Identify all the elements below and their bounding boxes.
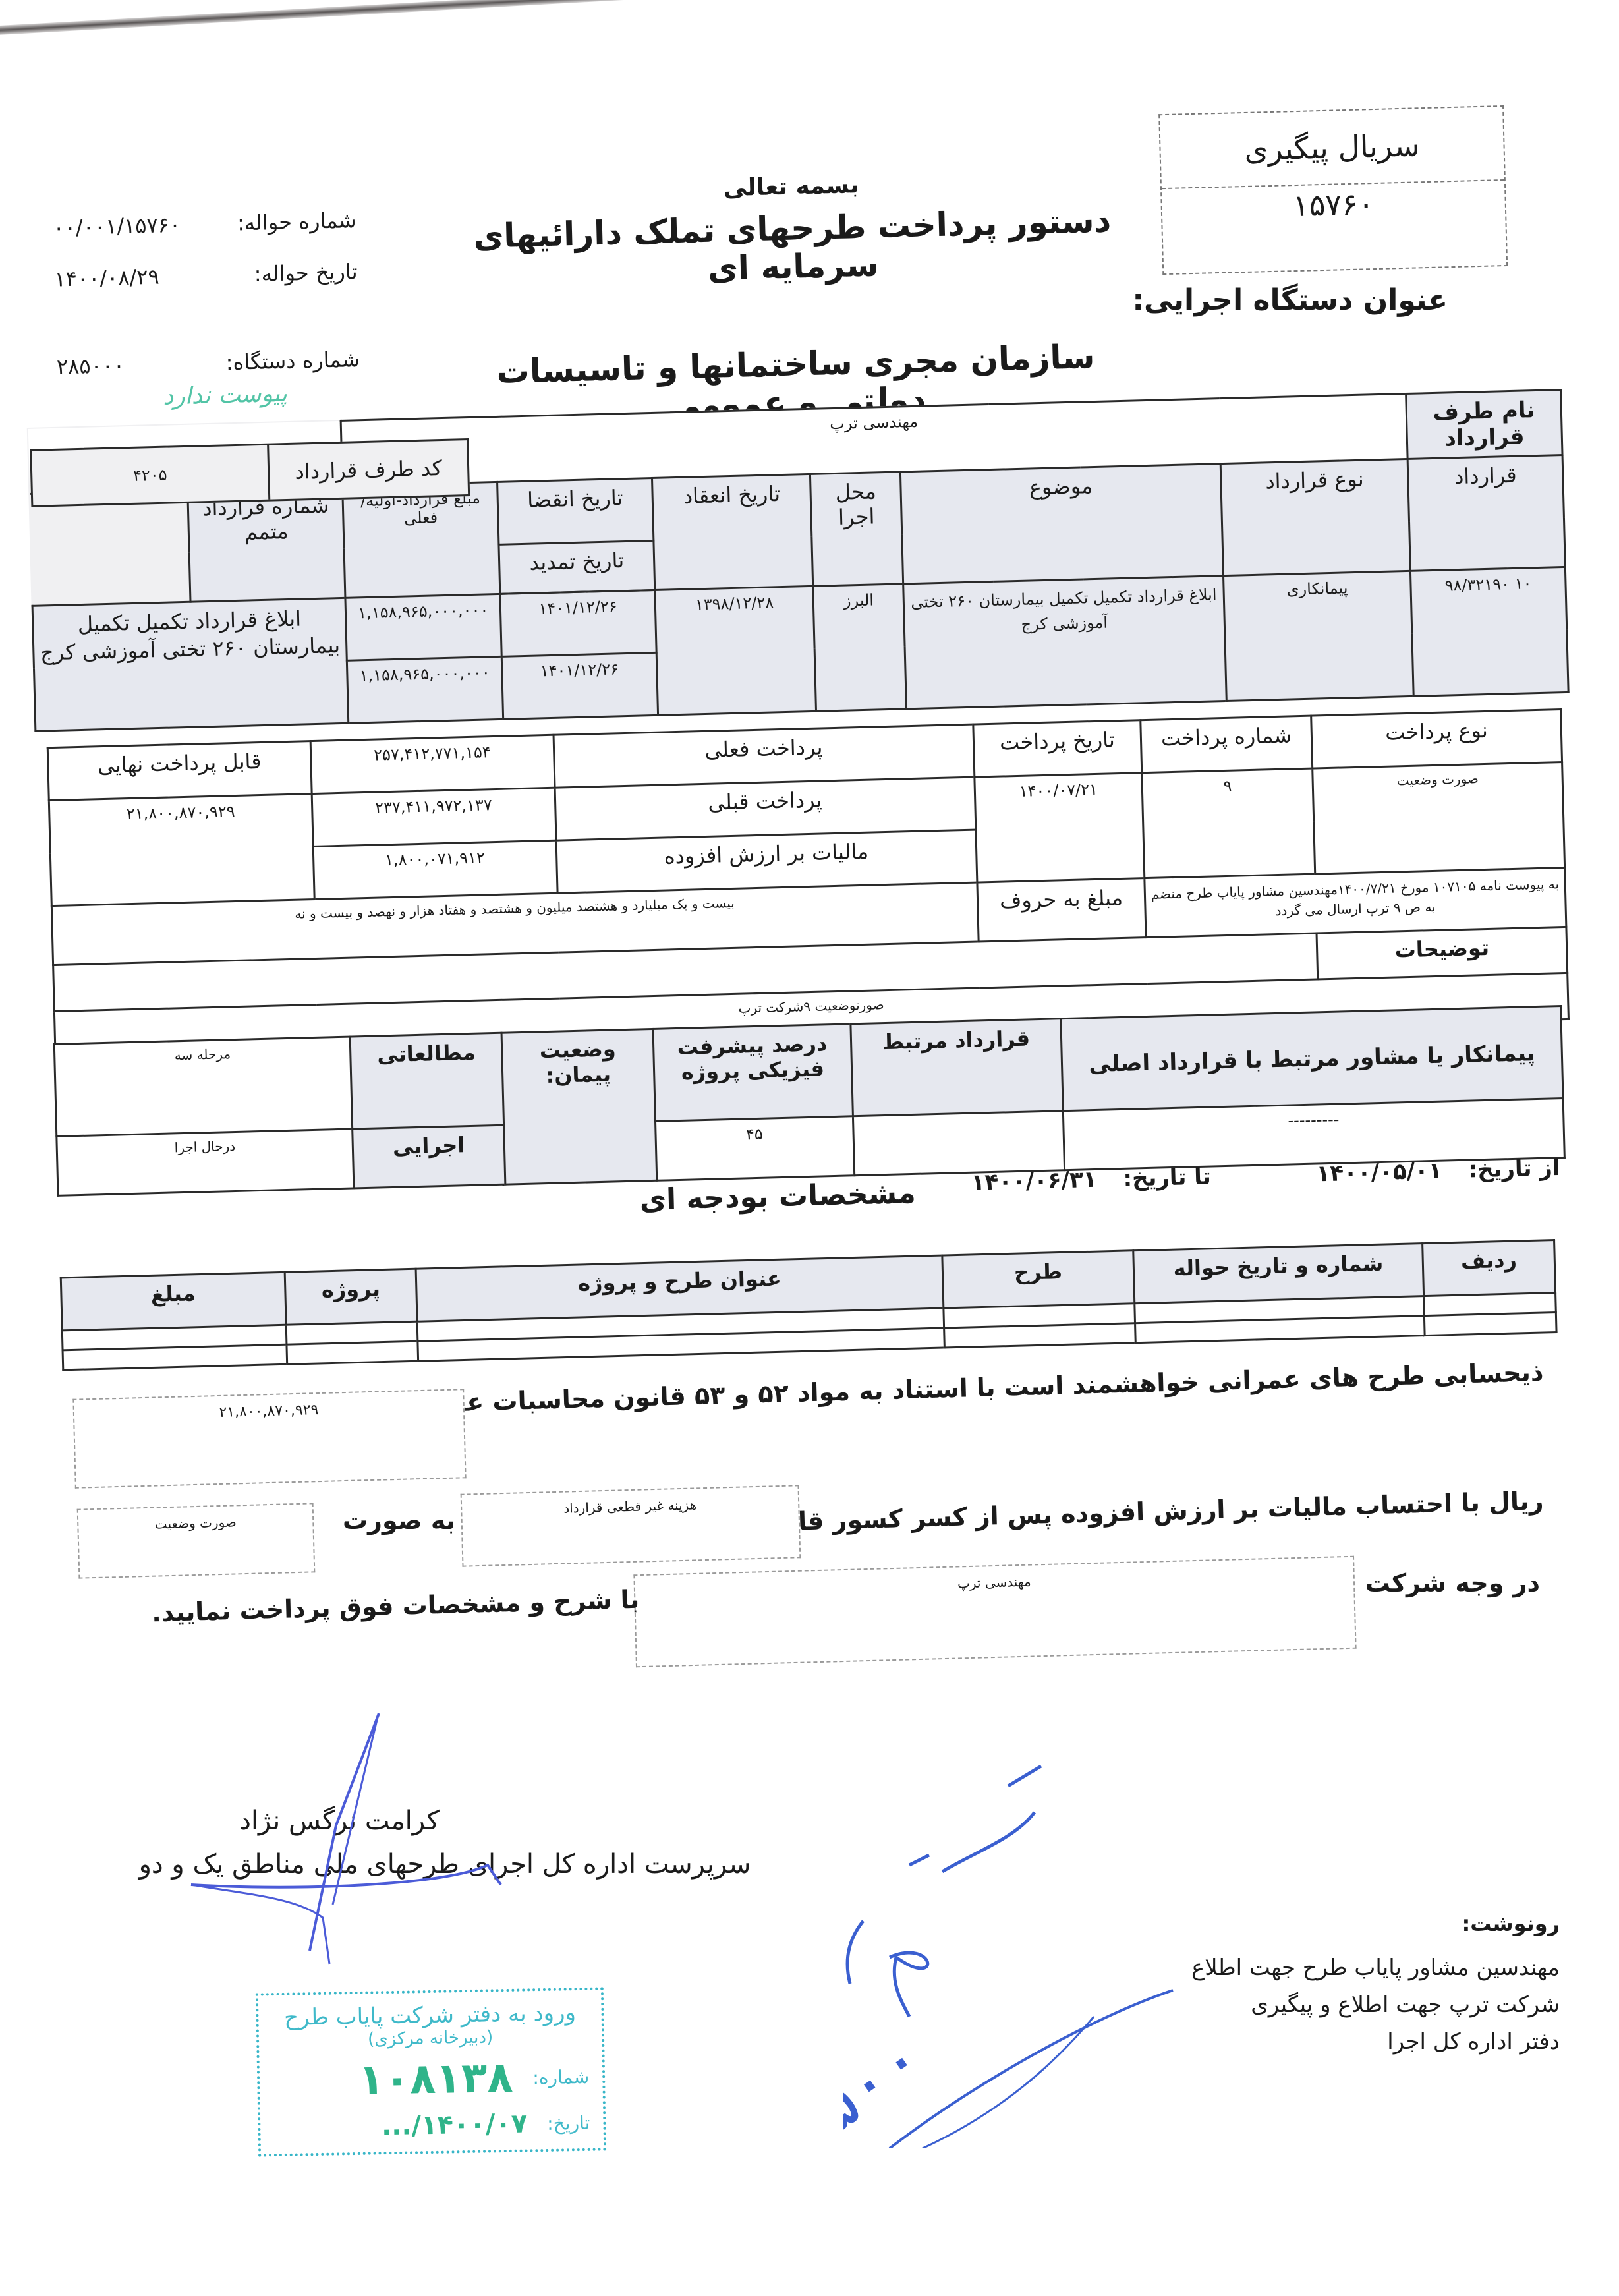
executive-agency-label: عنوان دستگاه اجرایی:	[1132, 283, 1448, 317]
header-expiry-date: تاریخ انقضا	[497, 478, 654, 544]
study-label: مطالعاتی	[350, 1033, 503, 1129]
payment-type: صورت وضعیت	[1313, 762, 1565, 875]
from-date: ۱۴۰۰/۰۵/۰۱	[1316, 1158, 1442, 1188]
copies-label: رونوشت:	[1191, 1911, 1560, 1936]
current-payment: ۲۵۷,۴۱۲,۷۷۱,۱۵۴	[310, 735, 555, 793]
tracking-serial-box: سریال پیگیری ۱۵۷۶۰	[1158, 105, 1508, 275]
contract-amount-current: ۱,۱۵۸,۹۶۵,۰۰۰,۰۰۰	[347, 656, 503, 723]
copies-block: رونوشت: مهندسین مشاور پایاب طرح جهت اطلا…	[1191, 1911, 1560, 2060]
instruction-amount-field: ۲۱,۸۰۰,۸۷۰,۹۲۹	[72, 1389, 466, 1489]
header-contract-type: نوع قرارداد	[1220, 459, 1410, 575]
payment-date-label: تاریخ پرداخت	[973, 720, 1142, 777]
conclusion-date: ۱۳۹۸/۱۲/۲۸	[655, 586, 816, 715]
contract-number: ۱۰ ۹۸/۳۲۱۹۰	[1411, 567, 1569, 696]
company-field: مهندسی ترپ	[633, 1556, 1356, 1668]
handwritten-signature-icon	[171, 1707, 540, 1970]
basmala: بسمه تعالی	[461, 165, 1121, 208]
expiry-date: ۱۴۰۱/۱۲/۲۶	[500, 590, 656, 656]
payment-number-label: شماره پرداخت	[1141, 716, 1313, 773]
study-value: مرحله سه	[54, 1037, 353, 1136]
supplement-number: ابلاغ قرارداد تکمیل تکمیل بیمارستان ۲۶۰ …	[32, 598, 349, 731]
header-supplement-number: شماره قرارداد متمم	[188, 486, 345, 602]
contract-table: نام طرف قرارداد مهندسی ترپ قرارداد نوع ق…	[27, 389, 1570, 732]
budget-header-draft: شماره و تاریخ حواله	[1133, 1244, 1424, 1304]
stamp-number: ۱۰۸۱۳۸	[358, 2053, 513, 2105]
contract-amount-initial: ۱,۱۵۸,۹۶۵,۰۰۰,۰۰۰	[345, 594, 501, 660]
stamp-date: ۱۴۰۰/۰۷/...	[382, 2108, 528, 2141]
agency-number: ۲۸۵۰۰۰	[56, 353, 125, 380]
stamp-date-label: تاریخ:	[547, 2111, 590, 2134]
amount-in-words-label: مبلغ به حروف	[977, 878, 1147, 942]
handwritten-amount: ۷۹۵۰۰	[843, 2014, 939, 2148]
progress-percent: ۴۵	[655, 1116, 854, 1181]
description-label: توضیحات	[1317, 927, 1567, 979]
instruction-reason-field: هزینه غیر قطعی قرارداد	[461, 1485, 801, 1566]
execution-value: درحال اجرا	[57, 1129, 354, 1195]
stamp-number-label: شماره:	[532, 2065, 589, 2088]
document-title: دستور پرداخت طرحهای تملک دارائیهای سرمای…	[463, 201, 1123, 294]
handwritten-no-attachment: پیوست ندارد	[57, 378, 361, 413]
instruction-line-2: ریال با احتساب مالیات بر ارزش افزوده پس …	[675, 1486, 1544, 1539]
instruction-line-1: ذیحسابی طرح های عمرانی خواهشمند است با ا…	[331, 1358, 1544, 1420]
contract-subject: ابلاغ قرارداد تکمیل تکمیل بیمارستان ۲۶۰ …	[903, 576, 1227, 709]
draft-number: ۰۰/۰۰۱/۱۵۷۶۰	[53, 212, 181, 241]
header-contract-amount: مبلغ قرارداد-اولیه/فعلی	[343, 482, 500, 598]
final-payable-label: قابل پرداخت نهایی	[47, 741, 312, 801]
payment-date: ۱۴۰۰/۰۷/۲۱	[975, 773, 1145, 882]
payment-table: نوع پرداخت شماره پرداخت تاریخ پرداخت پرد…	[47, 708, 1570, 1058]
header-extension-date: تاریخ تمدید	[499, 540, 655, 594]
tracking-serial-value: ۱۵۷۶۰	[1162, 181, 1505, 229]
to-date-label: تا تاریخ:	[1123, 1163, 1211, 1191]
header-subject: موضوع	[900, 464, 1223, 584]
tracking-serial-label: سریال پیگیری	[1160, 107, 1504, 189]
draft-number-label: شماره حواله:	[237, 208, 356, 236]
related-contractor-label: پیمانکار یا مشاور مرتبط با قرارداد اصلی	[1061, 1006, 1563, 1111]
copy-recipient: شرکت ترپ جهت اطلاع و پیگیری	[1191, 1986, 1560, 2023]
contract-status-label: وضعیت پیمان:	[501, 1029, 657, 1184]
receipt-stamp: ورود به دفتر شرکت پایاب طرح (دبیرخانه مر…	[256, 1987, 606, 2156]
draft-date-label: تاریخ حواله:	[254, 259, 358, 287]
draft-date: ۱۴۰۰/۰۸/۲۹	[54, 264, 159, 292]
related-contract-label: قرارداد مرتبط	[851, 1019, 1064, 1116]
budget-table: ردیف شماره و تاریخ حواله طرح عنوان طرح و…	[60, 1239, 1558, 1371]
closing-line: با شرح و مشخصات فوق پرداخت نمایید.	[152, 1585, 640, 1628]
header-conclusion-date: تاریخ انعقاد	[652, 474, 814, 590]
extension-date: ۱۴۰۱/۱۲/۲۶	[501, 652, 658, 719]
company-label: در وجه شرکت	[1365, 1568, 1540, 1597]
header-location: محل اجرا	[810, 472, 903, 586]
agency-number-label: شماره دستگاه:	[225, 347, 360, 375]
progress-label: درصد پیشرفت فیزیکی پروژه	[653, 1024, 853, 1122]
header-contract: قرارداد	[1407, 455, 1565, 571]
copy-recipient: دفتر اداره کل اجرا	[1191, 2023, 1560, 2060]
payment-note: به پیوست نامه ۱۰۷۱۰۵ مورخ ۱۴۰۰/۷/۲۱مهندس…	[1145, 867, 1566, 937]
as-value-field: صورت وضعیت	[77, 1503, 316, 1578]
budget-header-row: ردیف	[1423, 1240, 1556, 1296]
payment-number: ۹	[1142, 768, 1315, 878]
payment-order-document: سریال پیگیری ۱۵۷۶۰ عنوان دستگاه اجرایی: …	[0, 0, 1619, 2296]
contract-location: البرز	[813, 584, 906, 711]
related-contract	[853, 1111, 1065, 1176]
party-code-label-cell: کد طرف قرارداد	[267, 440, 468, 500]
previous-payment: ۲۳۷,۴۱۱,۹۷۲,۱۳۷	[312, 788, 556, 846]
handwritten-annotation-icon: ۷۹۵۰۰	[843, 1740, 1186, 2148]
execution-label: اجرایی	[353, 1125, 505, 1188]
party-code: ۴۲۰۵	[32, 445, 268, 505]
draft-meta: شماره حواله: ۰۰/۰۰۱/۱۵۷۶۰ تاریخ حواله: ۱…	[53, 208, 360, 413]
from-date-label: از تاریخ:	[1468, 1155, 1560, 1184]
final-payable: ۲۱,۸۰۰,۸۷۰,۹۲۹	[49, 794, 314, 906]
party-code-cell: کد طرف قرارداد ۴۲۰۵	[30, 438, 470, 507]
header-block: بسمه تعالی دستور پرداخت طرحهای تملک دارا…	[461, 165, 1126, 430]
as-label: به صورت	[343, 1506, 455, 1535]
to-date: ۱۴۰۰/۰۶/۳۱	[971, 1166, 1097, 1196]
budget-title: مشخصات بودجه ای	[639, 1176, 916, 1217]
payment-type-label: نوع پرداخت	[1311, 710, 1562, 769]
scan-edge-shadow	[0, 0, 942, 36]
copy-recipient: مهندسین مشاور پایاب طرح جهت اطلاع	[1191, 1949, 1560, 1986]
contract-type: پیمانکاری	[1224, 571, 1414, 701]
budget-header-amount: مبلغ	[61, 1272, 286, 1331]
budget-header-project: پروژه	[285, 1269, 418, 1325]
vat-amount: ۱,۸۰۰,۰۷۱,۹۱۲	[313, 840, 557, 899]
budget-header-plan: طرح	[942, 1251, 1135, 1308]
party-name-label: نام طرف قرارداد	[1406, 390, 1562, 459]
